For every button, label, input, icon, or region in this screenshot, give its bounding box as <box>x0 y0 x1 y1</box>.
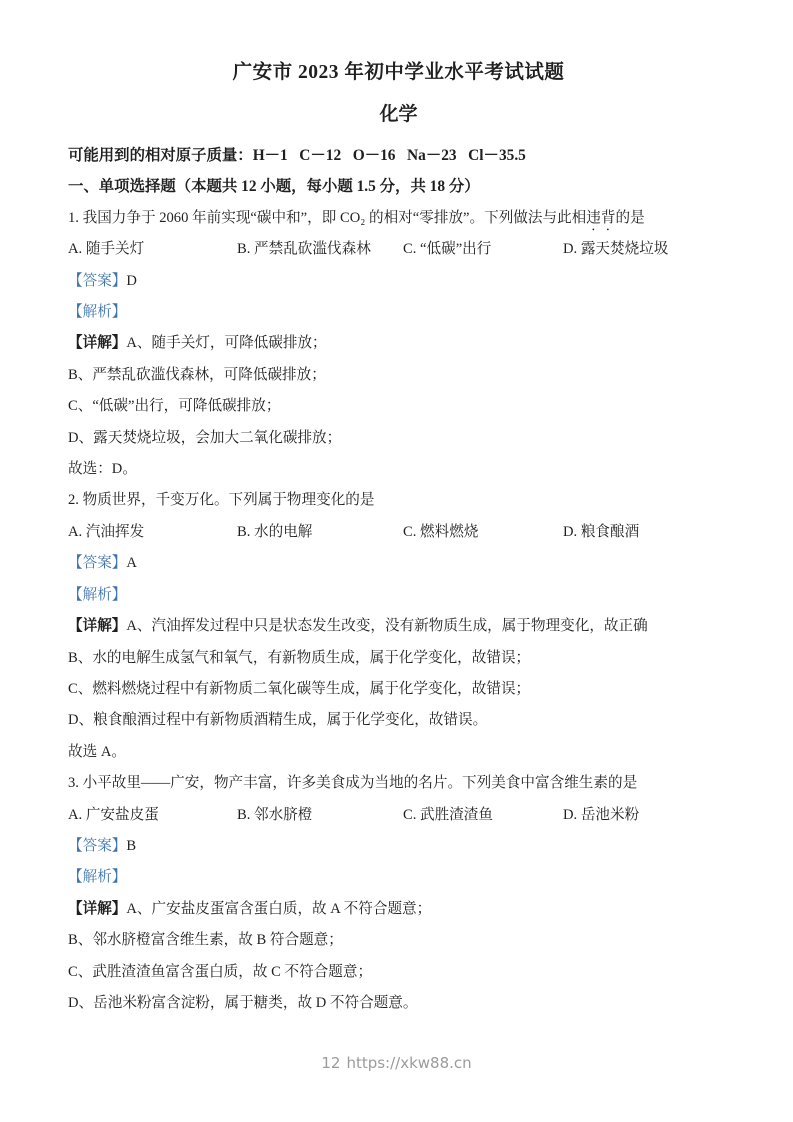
page-number: 12 <box>321 1054 340 1072</box>
detail-label: 【详解】 <box>68 618 126 634</box>
answer-value: A <box>126 555 137 571</box>
exam-subject: 化学 <box>68 100 729 130</box>
question-3-detail-d: D、岳池米粉富含淀粉，属于糖类，故 D 不符合题意。 <box>68 988 729 1019</box>
detail-text: A、广安盐皮蛋富含蛋白质，故 A 不符合题意； <box>126 901 431 917</box>
option-d: D. 粮食酿酒 <box>563 517 729 548</box>
question-1-detail-c: C、“低碳”出行，可降低碳排放； <box>68 391 729 422</box>
question-1-options: A. 随手关灯 B. 严禁乱砍滥伐森林 C. “低碳”出行 D. 露天焚烧垃圾 <box>68 234 729 265</box>
exam-title: 广安市 2023 年初中学业水平考试试题 <box>68 58 729 88</box>
option-b: B. 水的电解 <box>237 517 403 548</box>
option-b: B. 邻水脐橙 <box>237 800 403 831</box>
detail-text: A、随手关灯，可降低碳排放； <box>126 335 326 351</box>
option-c: C. 燃料燃烧 <box>403 517 563 548</box>
answer-label: 【答案】 <box>68 273 126 289</box>
detail-text: A、汽油挥发过程中只是状态发生改变，没有新物质生成，属于物理变化，故正确 <box>126 618 647 634</box>
question-3-detail-b: B、邻水脐橙富含维生素，故 B 符合题意； <box>68 925 729 956</box>
footer-site-url: https://xkw88.cn <box>346 1054 471 1072</box>
question-3-detail-a: 【详解】A、广安盐皮蛋富含蛋白质，故 A 不符合题意； <box>68 894 729 925</box>
question-1: 1. 我国力争于 2060 年前实现“碳中和”，即 CO₂ 的相对“零排放”。下… <box>68 203 729 486</box>
question-3-answer-line: 【答案】B <box>68 831 729 862</box>
question-2-conclusion: 故选 A。 <box>68 737 729 768</box>
option-d: D. 岳池米粉 <box>563 800 729 831</box>
stem-text: 的是 <box>615 210 644 226</box>
section-heading: 一、单项选择题（本题共 12 小题，每小题 1.5 分，共 18 分） <box>68 171 729 202</box>
question-1-stem: 1. 我国力争于 2060 年前实现“碳中和”，即 CO₂ 的相对“零排放”。下… <box>68 203 729 234</box>
question-3-stem: 3. 小平故里——广安，物产丰富，许多美食成为当地的名片。下列美食中富含维生素的… <box>68 768 729 799</box>
question-2-answer-line: 【答案】A <box>68 548 729 579</box>
question-1-analysis-label: 【解析】 <box>68 297 729 328</box>
question-2-detail-b: B、水的电解生成氢气和氧气，有新物质生成，属于化学变化，故错误； <box>68 643 729 674</box>
answer-label: 【答案】 <box>68 838 126 854</box>
question-2-options: A. 汽油挥发 B. 水的电解 C. 燃料燃烧 D. 粮食酿酒 <box>68 517 729 548</box>
option-a: A. 随手关灯 <box>68 234 237 265</box>
stem-text: 1. 我国力争于 2060 年前实现“碳中和”，即 CO₂ 的相对“零排放”。下… <box>68 210 586 226</box>
option-a: A. 汽油挥发 <box>68 517 237 548</box>
question-2: 2. 物质世界，千变万化。下列属于物理变化的是 A. 汽油挥发 B. 水的电解 … <box>68 485 729 768</box>
question-2-stem: 2. 物质世界，千变万化。下列属于物理变化的是 <box>68 485 729 516</box>
option-a: A. 广安盐皮蛋 <box>68 800 237 831</box>
question-1-conclusion: 故选：D。 <box>68 454 729 485</box>
question-1-detail-d: D、露天焚烧垃圾，会加大二氧化碳排放； <box>68 423 729 454</box>
question-3-options: A. 广安盐皮蛋 B. 邻水脐橙 C. 武胜渣渣鱼 D. 岳池米粉 <box>68 800 729 831</box>
answer-label: 【答案】 <box>68 555 126 571</box>
question-2-detail-a: 【详解】A、汽油挥发过程中只是状态发生改变，没有新物质生成，属于物理变化，故正确 <box>68 611 729 642</box>
atomic-mass-line: 可能用到的相对原子质量：H－1 C－12 O－16 Na－23 Cl－35.5 <box>68 140 729 171</box>
question-3-analysis-label: 【解析】 <box>68 862 729 893</box>
detail-label: 【详解】 <box>68 901 126 917</box>
option-c: C. 武胜渣渣鱼 <box>403 800 563 831</box>
question-1-detail-b: B、严禁乱砍滥伐森林，可降低碳排放； <box>68 360 729 391</box>
question-2-analysis-label: 【解析】 <box>68 580 729 611</box>
option-c: C. “低碳”出行 <box>403 234 563 265</box>
stem-emphasized-text: 违背 <box>586 210 615 226</box>
detail-label: 【详解】 <box>68 335 126 351</box>
question-3-detail-c: C、武胜渣渣鱼富含蛋白质，故 C 不符合题意； <box>68 957 729 988</box>
question-1-detail-a: 【详解】A、随手关灯，可降低碳排放； <box>68 328 729 359</box>
question-1-answer-line: 【答案】D <box>68 266 729 297</box>
question-3: 3. 小平故里——广安，物产丰富，许多美食成为当地的名片。下列美食中富含维生素的… <box>68 768 729 1019</box>
answer-value: D <box>126 273 137 289</box>
answer-value: B <box>126 838 136 854</box>
option-d: D. 露天焚烧垃圾 <box>563 234 729 265</box>
option-b: B. 严禁乱砍滥伐森林 <box>237 234 403 265</box>
page-footer: 12https://xkw88.cn <box>0 1052 793 1074</box>
question-2-detail-d: D、粮食酿酒过程中有新物质酒精生成，属于化学变化，故错误。 <box>68 705 729 736</box>
question-2-detail-c: C、燃料燃烧过程中有新物质二氧化碳等生成，属于化学变化，故错误； <box>68 674 729 705</box>
exam-page: 广安市 2023 年初中学业水平考试试题 化学 可能用到的相对原子质量：H－1 … <box>0 0 793 1122</box>
